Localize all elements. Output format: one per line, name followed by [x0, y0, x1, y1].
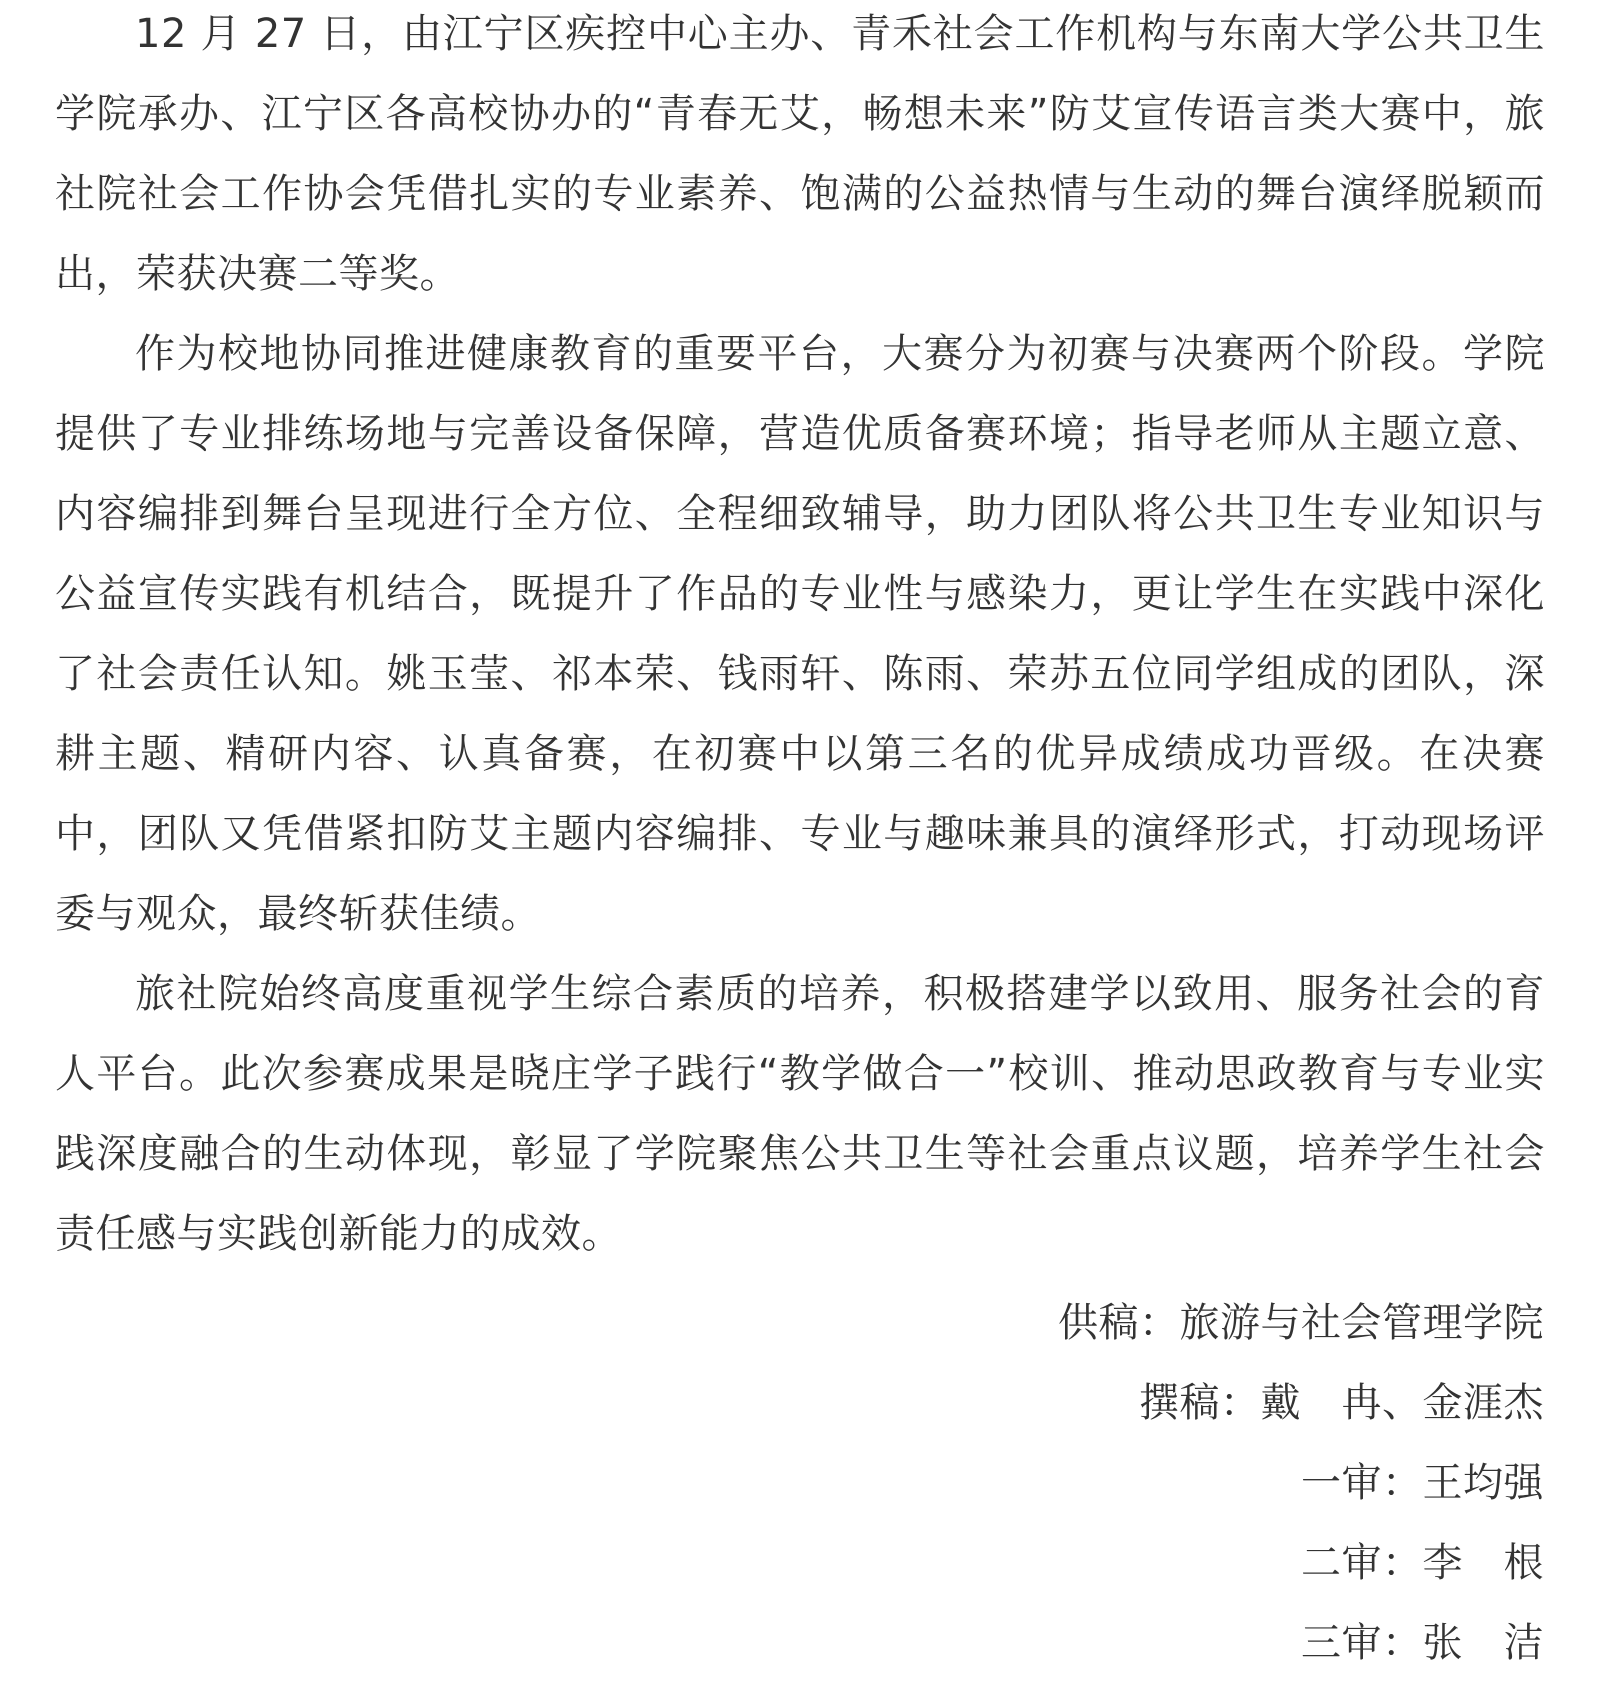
article-credits: 供稿：旅游与社会管理学院 撰稿：戴 冉、金涯杰 一审：王均强 二审：李 根 三审… [1058, 1283, 1544, 1682]
paragraph-competition-process: 作为校地协同推进健康教育的重要平台，大赛分为初赛与决赛两个阶段。学院提供了专业排… [55, 314, 1545, 954]
credit-writers: 撰稿：戴 冉、金涯杰 [1058, 1363, 1544, 1443]
credit-third-review: 三审：张 洁 [1058, 1603, 1544, 1682]
paragraph-college-significance: 旅社院始终高度重视学生综合素质的培养，积极搭建学以致用、服务社会的育人平台。此次… [55, 954, 1545, 1274]
credit-contributor: 供稿：旅游与社会管理学院 [1058, 1283, 1544, 1363]
credit-second-review: 二审：李 根 [1058, 1523, 1544, 1603]
paragraph-award-announcement: 12 月 27 日，由江宁区疾控中心主办、青禾社会工作机构与东南大学公共卫生学院… [55, 0, 1545, 314]
credit-first-review: 一审：王均强 [1058, 1443, 1544, 1523]
article-body: 12 月 27 日，由江宁区疾控中心主办、青禾社会工作机构与东南大学公共卫生学院… [55, 0, 1545, 1274]
